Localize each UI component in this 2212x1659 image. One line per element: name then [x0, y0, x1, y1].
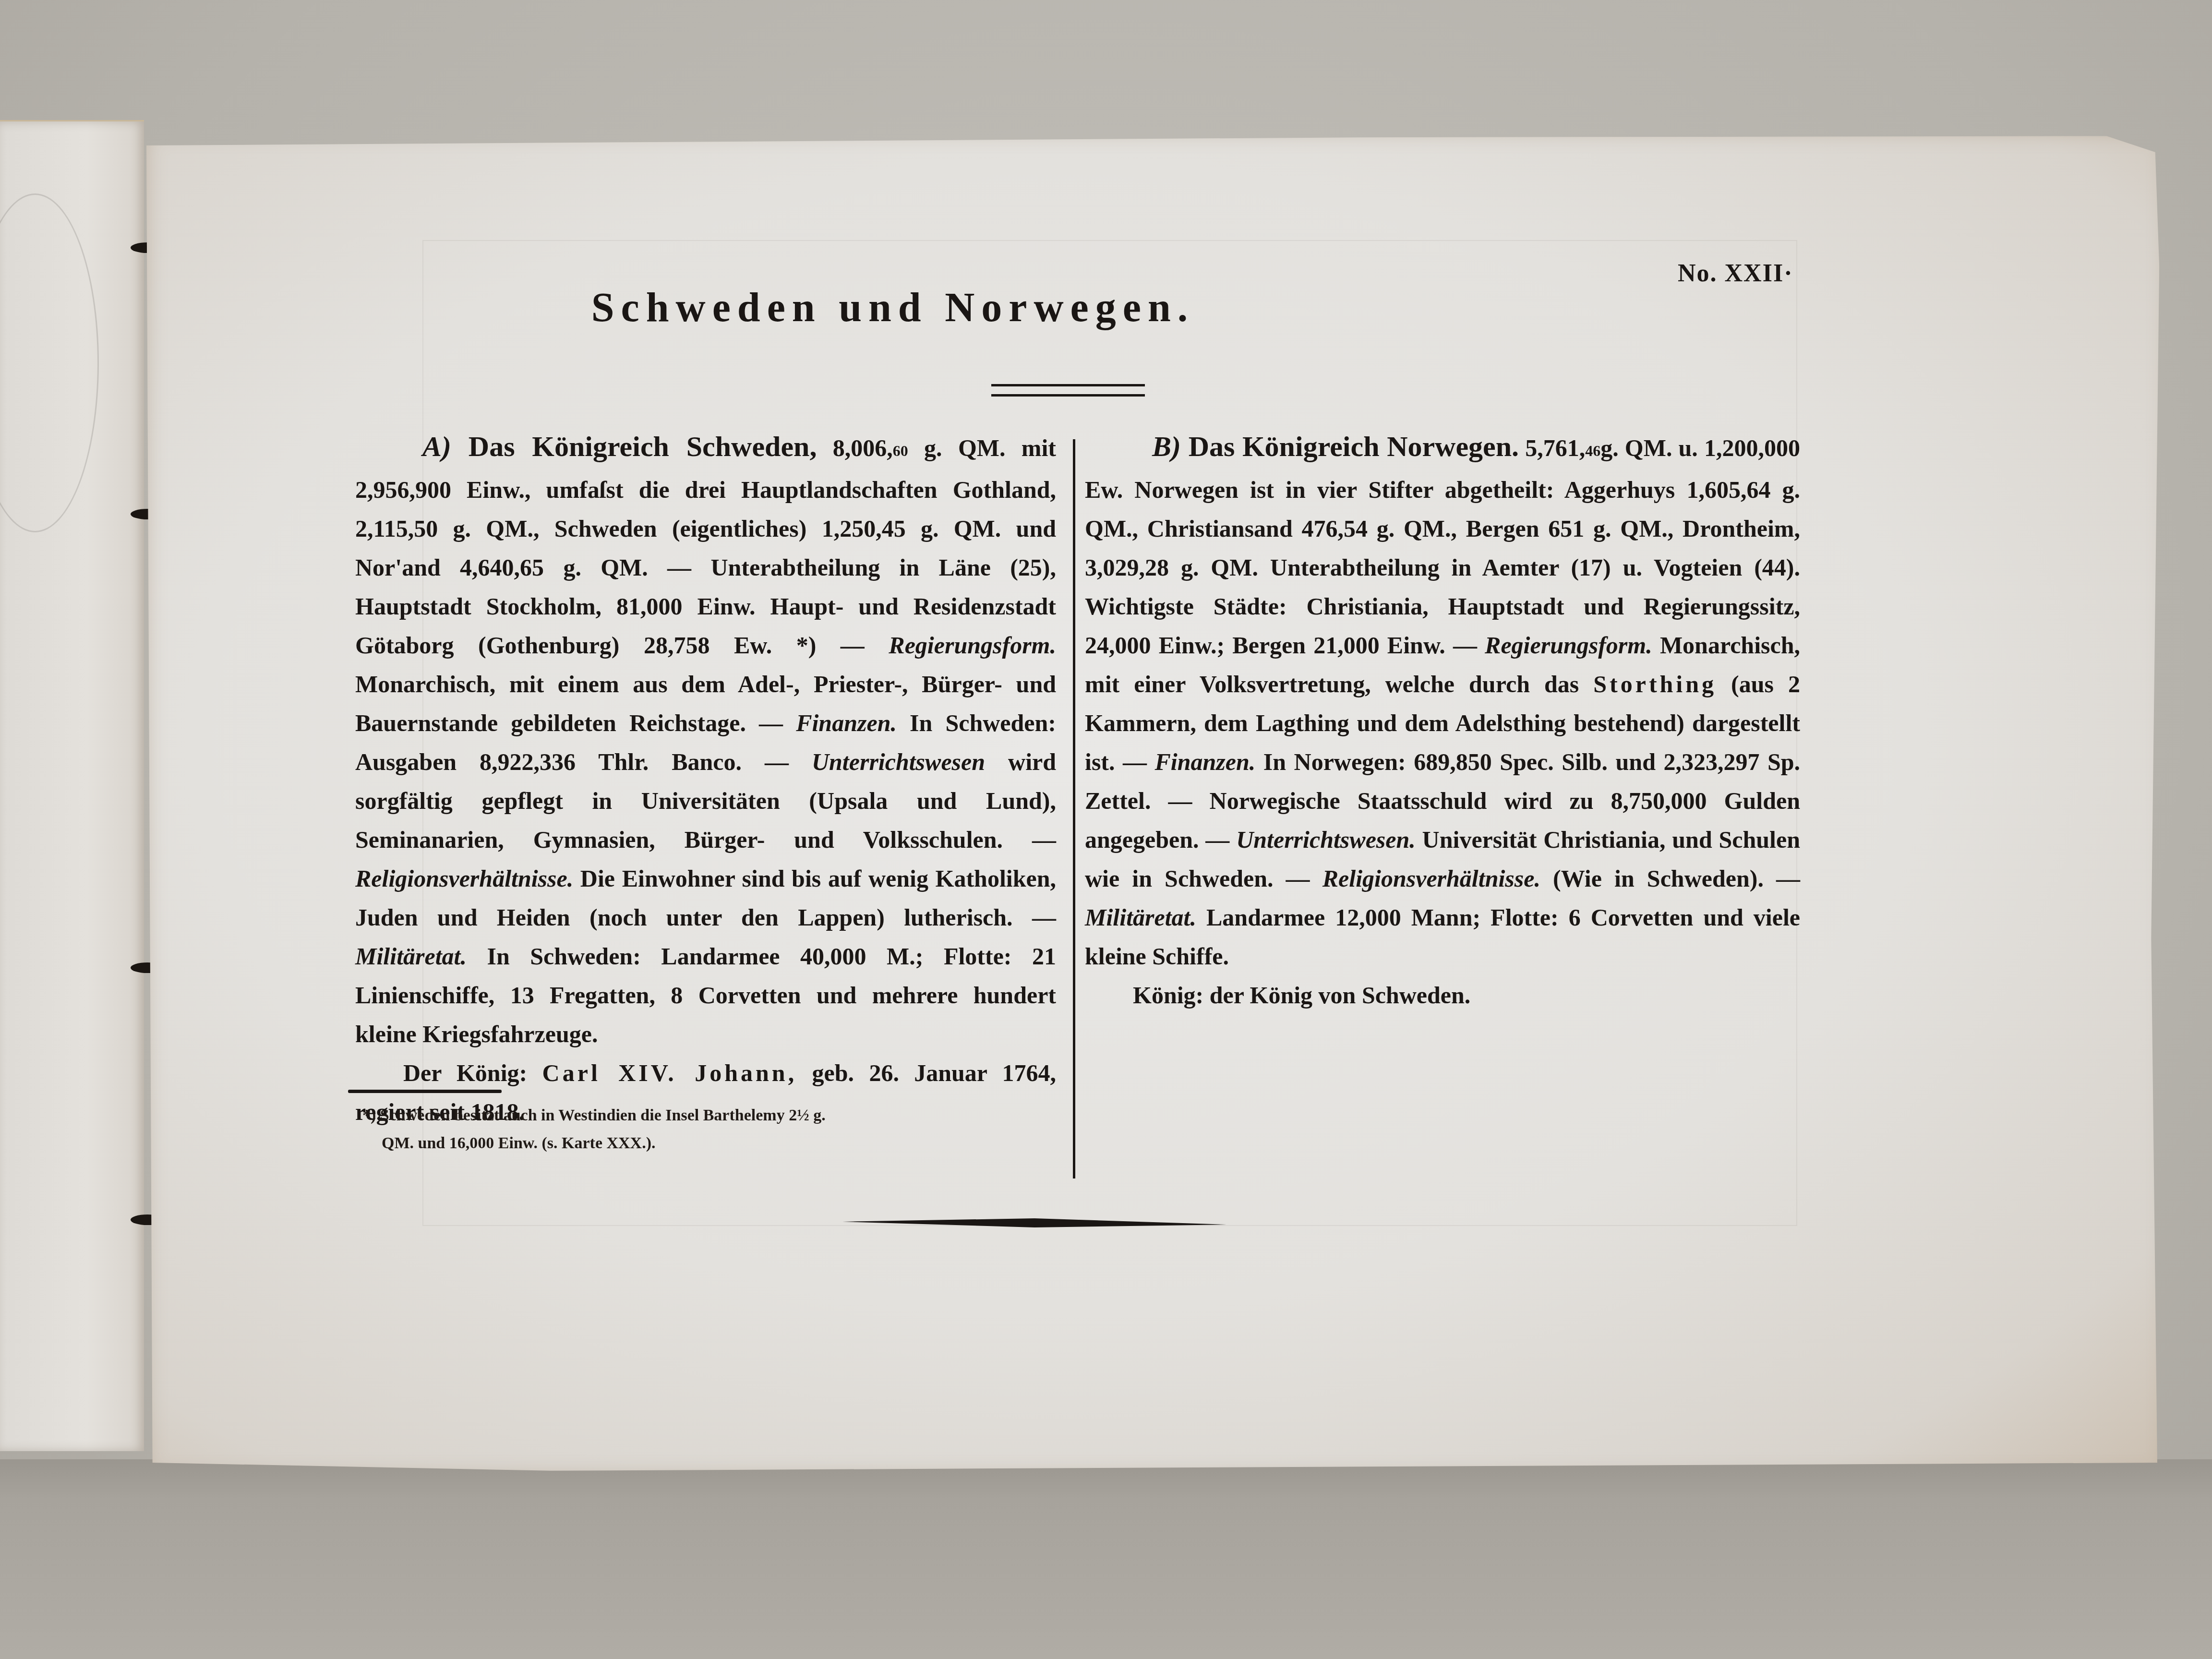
norway-edu-label: Unterrichtswesen. — [1236, 826, 1416, 853]
book-page: No. XXII· Schweden und Norwegen. A) Das … — [146, 132, 2167, 1476]
sweden-mil-label: Militäretat. — [355, 943, 467, 970]
sweden-edu-label: Unterrichtswesen — [812, 748, 985, 775]
norway-gov-label: Regierungsform. — [1485, 632, 1652, 659]
norway-rel-text: (Wie in Schweden). — — [1553, 865, 1800, 892]
end-ornament-rule — [842, 1217, 1226, 1229]
norway-rel-label: Religionsverhältnisse. — [1322, 865, 1540, 892]
sweden-area: 8,006,60 g. QM. — [833, 434, 1006, 461]
sweden-rel-label: Religionsverhältnisse. — [355, 865, 573, 892]
sweden-body: mit 2,956,900 Einw., umfaſst die drei Ha… — [355, 434, 1056, 659]
footnote-rule — [348, 1090, 502, 1093]
norway-king-line: König: der König von Schweden. — [1085, 976, 1800, 1015]
norway-paragraph: B) Das Königreich Norwegen. 5,761,46g. Q… — [1085, 427, 1800, 976]
show-through-mark — [0, 193, 99, 532]
title-double-rule — [991, 384, 1145, 397]
footnote-line: QM. und 16,000 Einw. (s. Karte XXX.). — [362, 1130, 1054, 1157]
footnote-line: *) Schweden besitzt auch in Westindien d… — [362, 1102, 1054, 1130]
sweden-gov-label: Regierungsform. — [889, 632, 1056, 659]
column-divider — [1073, 439, 1075, 1178]
left-page-edge — [0, 120, 144, 1451]
norway-area: 5,761,46g. QM. — [1525, 434, 1672, 461]
sweden-fin-label: Finanzen. — [796, 709, 897, 736]
king-label: Der König: — [403, 1059, 527, 1086]
sweden-paragraph: A) Das Königreich Schweden, 8,006,60 g. … — [355, 427, 1056, 1054]
storthing: Storthing — [1593, 671, 1717, 697]
norway-heading: B) Das Königreich Norwegen. — [1152, 431, 1519, 462]
norway-fin-label: Finanzen. — [1154, 748, 1255, 775]
plate-number: No. XXII· — [1678, 259, 1793, 288]
norway-mil-label: Militäretat. — [1085, 904, 1196, 931]
desk-shadow — [0, 1459, 2212, 1659]
norway-body: u. 1,200,000 Ew. Norwegen ist in vier St… — [1085, 434, 1800, 659]
page-title: Schweden und Norwegen. — [146, 283, 1639, 331]
column-sweden: A) Das Königreich Schweden, 8,006,60 g. … — [355, 427, 1056, 1131]
column-norway: B) Das Königreich Norwegen. 5,761,46g. Q… — [1085, 427, 1800, 1015]
footnote: *) Schweden besitzt auch in Westindien d… — [362, 1102, 1054, 1157]
sweden-heading: A) Das Königreich Schweden, — [422, 431, 817, 462]
king-name: Carl XIV. Johann, — [542, 1059, 797, 1086]
